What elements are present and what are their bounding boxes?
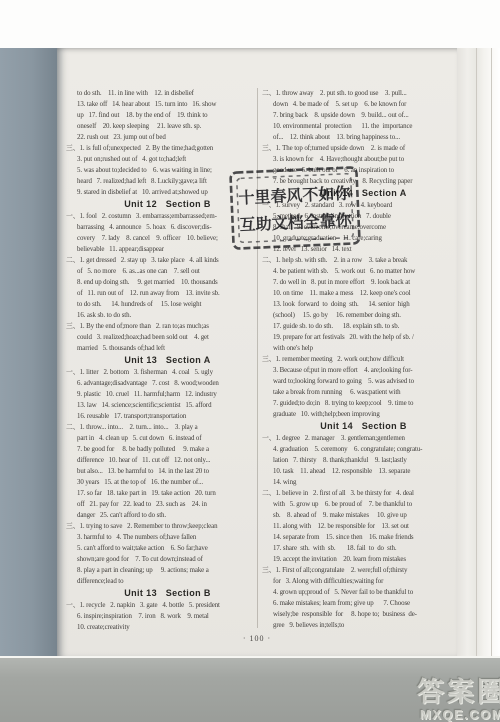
answer-text-line: 9. plastic 10. cruel 11. harmful;harm 12… <box>77 389 269 400</box>
watermark-logo-text: 答案圈 <box>417 677 500 707</box>
answer-text-line: 3. harmful to 4. The numbers of;have fal… <box>77 532 269 543</box>
answer-text-line: 8. end up doing sth. 9. get married 10. … <box>77 277 269 288</box>
watermark-domain: MXQE.COM <box>417 707 500 722</box>
answer-text-line: of... 12. think about 13. bring happines… <box>273 132 465 143</box>
answer-text-line: 10. on time 11. make a mess 12. keep one… <box>273 288 465 299</box>
answer-text-line: could 3. realized;hoax;had been sold out… <box>77 332 269 343</box>
answer-text-line: of 11. run out of 12. run away from 13. … <box>77 288 269 299</box>
answer-text-line: 3. Because of;put in more effort 4. are;… <box>273 365 465 376</box>
answer-text-line: 17. guide sb. to do sth. 18. explain sth… <box>273 321 465 332</box>
answer-text-line: part in 4. clean up 5. cut down 6. inste… <box>77 433 269 444</box>
page-edge-line <box>476 48 477 658</box>
answer-text-line: 10. environmental protection 11. the imp… <box>273 121 465 132</box>
answer-text-line: 二、1. get dressed 2. stay up 3. take plac… <box>66 255 269 266</box>
answer-text-line: 二、1. throw away 2. put sth. to good use … <box>262 88 465 99</box>
answer-text-line: 二、1. throw... into... 2. turn... into...… <box>66 422 269 433</box>
answer-text-line: 19. prepare for art festivals 20. with t… <box>273 332 465 343</box>
answer-text-line: 三、1. By the end of;more than 2. ran to;a… <box>66 321 269 332</box>
answer-text-line: believable 11. appear;disappear <box>77 244 269 255</box>
answer-text-line: 一、1. litter 2. bottom 3. fisherman 4. co… <box>66 367 269 378</box>
answer-text-line: down 4. be made of 5. set up 6. be known… <box>273 99 465 110</box>
answer-text-line: for 3. Along with difficulties;waiting f… <box>273 576 465 587</box>
answer-text-line: 22. rush out 23. jump out of bed <box>77 132 269 143</box>
answer-text-line: 3. is known for 4. Have;thought about;be… <box>273 154 465 165</box>
answer-text-line: 6. advantage;disadvantage 7. cost 8. woo… <box>77 378 269 389</box>
answer-text-line: 5. method 6. instruct;instruction 7. dou… <box>273 211 465 222</box>
answer-text-line: covery 7. lady 8. cancel 9. officer 10. … <box>77 233 269 244</box>
answer-text-line: to do sth. 14. hundreds of 15. lose weig… <box>77 299 269 310</box>
answer-text-line: 16. ask sb. to do sth. <box>77 310 269 321</box>
answer-text-line: take a break from running 6. was;patient… <box>273 387 465 398</box>
answer-text-line: good use 5. built out of 6. an inspirati… <box>273 165 465 176</box>
answer-text-line: heard 7. realized;had left 8. Luckily;ga… <box>77 176 269 187</box>
answer-text-line: 13. look forward to doing sth. 14. senio… <box>273 299 465 310</box>
answer-text-line: 三、1. is full of;unexpected 2. By the tim… <box>66 143 269 154</box>
scanned-answer-page: to do sth. 11. in line with 12. in disbe… <box>0 0 500 722</box>
answer-text-line: 一、1. recycle 2. napkin 3. gate 4. bottle… <box>66 600 269 611</box>
answer-text-line: 一、1. survey 2. standard 3. row 4. keyboa… <box>262 200 465 211</box>
answer-text-line: graduate 10. with;help;been improving <box>273 409 465 420</box>
answer-text-line: 10. task 11. ahead 12. responsible 13. s… <box>273 466 465 477</box>
answer-text-line: 30 years 15. at the top of 16. the numbe… <box>77 477 269 488</box>
answers-column-left: to do sth. 11. in line with 12. in disbe… <box>66 88 269 633</box>
answer-text-line: (school) 15. go by 16. remember doing st… <box>273 310 465 321</box>
unit-section-heading: Unit 13 Section A <box>66 354 269 367</box>
watermark: 答案圈 MXQE.COM <box>417 677 500 722</box>
answer-text-line: 10. graduate;graduation 11. care;caring <box>273 233 465 244</box>
answer-text-line: barrassing 4. announce 5. hoax 6. discov… <box>77 222 269 233</box>
answer-text-line: 19. accept the invitation 20. learn from… <box>273 554 465 565</box>
answer-text-line: married 5. thousands of;had left <box>77 343 269 354</box>
answer-text-line: 5. can't afford to wait;take action 6. S… <box>77 543 269 554</box>
answer-text-line: lation 7. thirsty 8. thank;thankful 9. l… <box>273 455 465 466</box>
answer-text-line: wisely;be responsible for 8. hope to; bu… <box>273 609 465 620</box>
answer-text-line: 7. do well in 8. put in more effort 9. l… <box>273 277 465 288</box>
unit-section-heading: Unit 12 Section B <box>66 198 269 211</box>
answer-text-line: off 21. pay for 22. lead to 23. such as … <box>77 499 269 510</box>
answer-text-line: 8. play a part in cleaning; up 9. action… <box>77 565 269 576</box>
page-number: · 100 · <box>57 634 457 643</box>
answer-text-line: ward to;looking forward to going 5. was … <box>273 376 465 387</box>
answers-column-right: 二、1. throw away 2. put sth. to good use … <box>262 88 465 631</box>
answer-text-line: 三、1. First of all;congratulate 2. were;f… <box>262 565 465 576</box>
answer-text-line: 三、1. remember meeting 2. work out;how di… <box>262 354 465 365</box>
answer-text-line: difference;lead to <box>77 576 269 587</box>
answer-text-line: 3. put on;rushed out of 4. got to;had;le… <box>77 154 269 165</box>
answer-text-line: 7. guided;to do;in 8. trying to keep;coo… <box>273 398 465 409</box>
answer-text-line: 5. was about to;decided to 6. was waitin… <box>77 165 269 176</box>
answer-text-line: 4. grown up;proud of 5. Never fail to be… <box>273 587 465 598</box>
answer-text-line: 7. be brought back to creativity 8. Recy… <box>273 176 465 187</box>
answer-text-line: 13. take off 14. hear about 15. turn int… <box>77 99 269 110</box>
answer-text-line: 17. so far 18. take part in 19. take act… <box>77 488 269 499</box>
scan-bottom-band: 答案圈 MXQE.COM <box>0 656 500 722</box>
answer-text-line: 14. wing <box>273 477 465 488</box>
answer-text-line: 二、1. help sb. with sth. 2. in a row 3. t… <box>262 255 465 266</box>
answer-text-line: 4. be patient with sb. 5. work out 6. no… <box>273 266 465 277</box>
unit-section-heading: Unit 13 Section B <box>66 587 269 600</box>
answer-text-line: difference 10. hear of 11. cut off 12. n… <box>77 455 269 466</box>
answer-text-line: oneself 20. keep sleeping 21. leave sth.… <box>77 121 269 132</box>
answer-text-line: gree 9. believes in;tells;to <box>273 620 465 631</box>
answer-text-line: 13. law 14. science;scientific;scientist… <box>77 400 269 411</box>
unit-section-heading: Unit 14 Section B <box>262 420 465 433</box>
answer-text-line: 6. make mistakes; learn from; give up 7.… <box>273 598 465 609</box>
answer-text-line: 三、1. trying to save 2. Remember to throw… <box>66 521 269 532</box>
scan-spine-band <box>0 48 57 722</box>
answer-text-line: 10. create;creativity <box>77 622 269 633</box>
answer-text-line: up 17. find out 18. by the end of 19. th… <box>77 110 269 121</box>
answer-text-line: shown;are good for 7. To cut down;instea… <box>77 554 269 565</box>
answer-text-line: 16. reusable 17. transport;transportatio… <box>77 411 269 422</box>
answer-text-line: 三、1. The top of;turned upside down 2. is… <box>262 143 465 154</box>
answer-text-line: with one's help <box>273 343 465 354</box>
answer-text-line: to do sth. 11. in line with 12. in disbe… <box>77 88 269 99</box>
answer-text-line: 二、1. believe in 2. first of all 3. be th… <box>262 488 465 499</box>
answer-text-line: 9. stared in disbelief at 10. arrived at… <box>77 187 269 198</box>
answer-text-line: 6. inspire;inspiration 7. iron 8. work 9… <box>77 611 269 622</box>
unit-section-heading: Unit 14 Section A <box>262 187 465 200</box>
answer-text-line: danger 25. can't afford to do sth. <box>77 510 269 521</box>
answer-text-line: with 5. grow up 6. be proud of 7. be tha… <box>273 499 465 510</box>
answer-text-line: 4. graduation 5. ceremony 6. congratulat… <box>273 444 465 455</box>
answer-text-line: 14. separate from 15. since then 16. mak… <box>273 532 465 543</box>
answer-text-line: 8. shall 9. overcome;overcame;overcome <box>273 222 465 233</box>
page-edge-line <box>491 48 492 658</box>
answer-text-line: 17. share sth. with sb. 18. fail to do s… <box>273 543 465 554</box>
answer-text-line: but also... 13. be harmful to 14. in the… <box>77 466 269 477</box>
answer-text-line: 一、1. fool 2. costumn 3. embarrass;embarr… <box>66 211 269 222</box>
answer-text-line: 一、1. degree 2. manager 3. gentleman;gent… <box>262 433 465 444</box>
answer-text-line: 12. level 13. senior 14. text <box>273 244 465 255</box>
answer-text-line: of 5. no more 6. as...as one can 7. sell… <box>77 266 269 277</box>
answer-text-line: 11. along with 12. be responsible for 13… <box>273 521 465 532</box>
answer-text-line: 7. bring back 8. upside down 9. build...… <box>273 110 465 121</box>
answer-text-line: sb. 8. ahead of 9. make mistakes 10. giv… <box>273 510 465 521</box>
answer-text-line: 7. be good for 8. be badly polluted 9. m… <box>77 444 269 455</box>
